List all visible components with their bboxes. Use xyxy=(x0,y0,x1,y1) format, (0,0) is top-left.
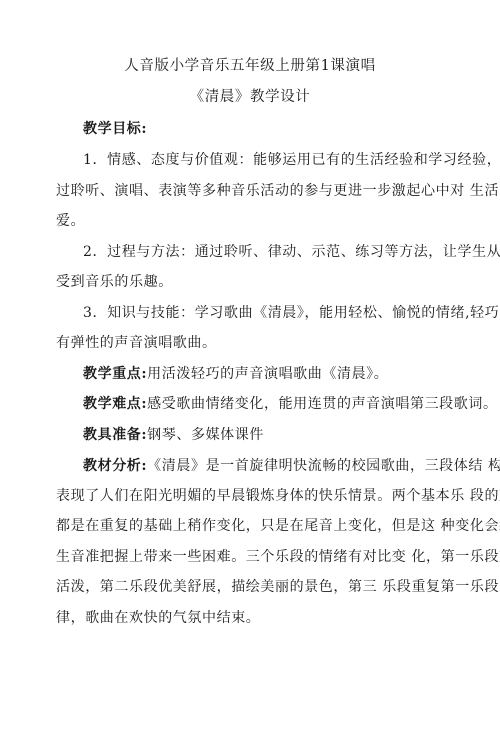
materials-line: 教具准备:钢琴、多媒体课件 xyxy=(83,426,264,444)
analysis-line-4: 生音准把握上带来一些困难。三个乐段的情绪有对比变 化，第一乐段欢快 xyxy=(56,548,500,566)
objective-2-line-1: 2．过程与方法：通过聆听、律动、示范、练习等方法，让学生从 中享 xyxy=(83,243,500,261)
key-point-label: 教学重点: xyxy=(83,366,147,382)
objective-1-line-3: 爱。 xyxy=(56,212,85,230)
key-point-line: 教学重点:用活泼轻巧的声音演唱歌曲《清晨》。 xyxy=(83,365,388,383)
document-page: 人音版小学音乐五年级上册第1课演唱 《清晨》教学设计 教学目标: 1．情感、态度… xyxy=(0,0,500,739)
objectives-heading: 教学目标: xyxy=(83,120,147,138)
analysis-line-2: 表现了人们在阳光明媚的早晨锻炼身体的快乐情景。两个基本乐 段的旋律 xyxy=(56,487,500,505)
analysis-line-3: 都是在重复的基础上稍作变化，只是在尾音上变化，但是这 种变化会给学 xyxy=(56,517,500,535)
objective-1-line-2: 过聆听、演唱、表演等多种音乐活动的参与更进一步激起心中对 生活的热 xyxy=(56,182,500,200)
objective-3-line-2: 有弹性的声音演唱歌曲。 xyxy=(56,334,217,352)
difficulty-line: 教学难点:感受歌曲情绪变化，能用连贯的声音演唱第三段歌词。 xyxy=(83,395,498,413)
document-subtitle: 《清晨》教学设计 xyxy=(0,88,500,106)
materials-text: 钢琴、多媒体课件 xyxy=(147,427,264,443)
analysis-line-1: 教材分析:《清晨》是一首旋律明快流畅的校园歌曲，三段体结 构， xyxy=(83,457,500,475)
materials-label: 教具准备: xyxy=(83,427,147,443)
objective-2-line-2: 受到音乐的乐趣。 xyxy=(56,273,173,291)
analysis-line-6: 律，歌曲在欢快的气氛中结束。 xyxy=(56,609,260,627)
difficulty-text: 感受歌曲情绪变化，能用连贯的声音演唱第三段歌词。 xyxy=(147,396,497,412)
objective-1-line-1: 1．情感、态度与价值观：能够运用已有的生活经验和学习经验，并通 xyxy=(83,151,500,169)
objective-3-line-1: 3．知识与技能：学习歌曲《清晨》，能用轻松、愉悦的情绪,轻巧、 xyxy=(83,304,500,322)
difficulty-label: 教学难点: xyxy=(83,396,147,412)
analysis-line-5: 活泼，第二乐段优美舒展，描绘美丽的景色，第三 乐段重复第一乐段的旋 xyxy=(56,578,500,596)
analysis-text-1: 《清晨》是一首旋律明快流畅的校园歌曲，三段体结 构， xyxy=(147,458,500,474)
key-point-text: 用活泼轻巧的声音演唱歌曲《清晨》。 xyxy=(147,366,388,382)
document-title: 人音版小学音乐五年级上册第1课演唱 xyxy=(0,57,500,75)
analysis-label: 教材分析: xyxy=(83,458,147,474)
